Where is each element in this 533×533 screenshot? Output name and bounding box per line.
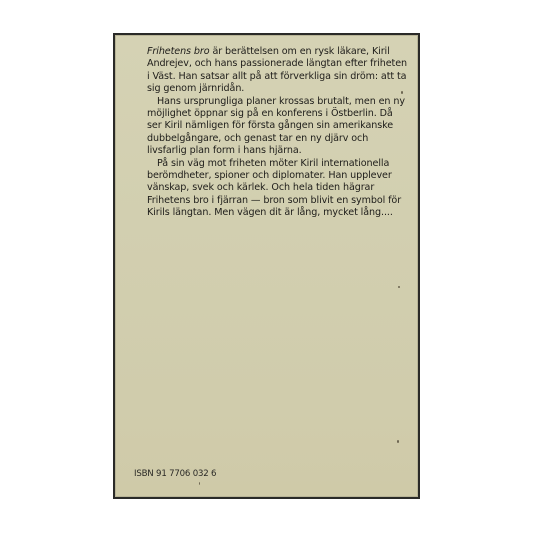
cover-blemish bbox=[397, 440, 399, 443]
cover-blemish bbox=[199, 482, 200, 485]
blurb-paragraph-3: På sin väg mot friheten möter Kiril inte… bbox=[147, 158, 409, 220]
cover-blurb: Frihetens bro är berättelsen om en rysk … bbox=[147, 46, 409, 220]
isbn-label: ISBN 91 7706 032 6 bbox=[134, 469, 216, 479]
cover-blemish bbox=[398, 286, 400, 288]
blurb-paragraph-1: Frihetens bro är berättelsen om en rysk … bbox=[147, 46, 409, 96]
blurb-paragraph-2: Hans ursprungliga planer krossas brutalt… bbox=[147, 96, 409, 158]
book-back-cover: Frihetens bro är berättelsen om en rysk … bbox=[113, 33, 420, 499]
book-title: Frihetens bro bbox=[147, 46, 210, 57]
cover-blemish bbox=[401, 91, 403, 94]
